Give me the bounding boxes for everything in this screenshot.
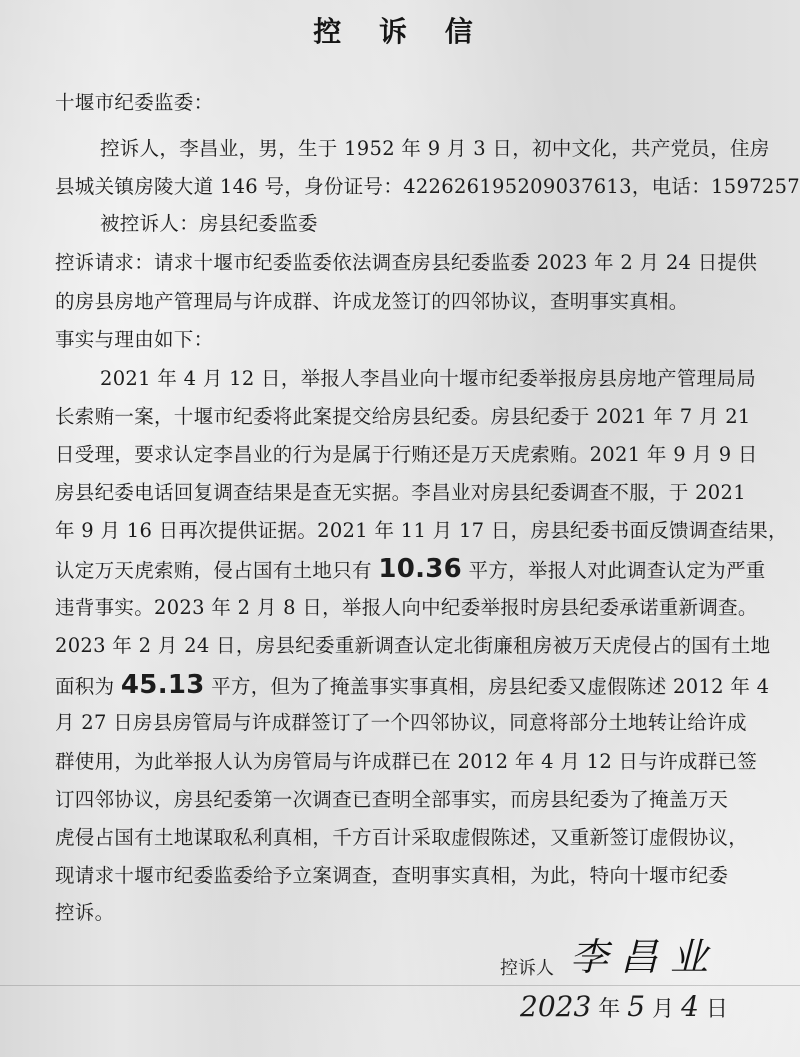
body-text: 面积为	[55, 675, 121, 698]
request-line-1: 控诉请求：请求十堰市纪委监委依法调查房县纪委监委 2023 年 2 月 24 日…	[55, 248, 755, 278]
handwritten-signature: 李昌业	[570, 926, 720, 981]
date-month-char: 月	[652, 997, 674, 1022]
document-page: 控 诉 信 十堰市纪委监委： 控诉人，李昌业，男，生于 1952 年 9 月 3…	[0, 0, 800, 1057]
body-line: 群使用，为此举报人认为房管局与许成群已在 2012 年 4 月 12 日与许成群…	[55, 747, 755, 777]
body-line: 违背事实。2023 年 2 月 8 日，举报人向中纪委举报时房县纪委承诺重新调查…	[55, 593, 755, 623]
body-line: 房县纪委电话回复调查结果是查无实据。李昌业对房县纪委调查不服，于 2021	[55, 478, 755, 508]
body-line: 订四邻协议，房县纪委第一次调查已查明全部事实，而房县纪委为了掩盖万天	[55, 785, 755, 815]
body-text: 认定万天虎索贿，侵占国有土地只有	[55, 559, 378, 582]
signature-label: 控诉人	[500, 954, 554, 980]
date-day-char: 日	[706, 997, 728, 1022]
body-line: 月 27 日房县房管局与许成群签订了一个四邻协议，同意将部分土地转让给许成	[55, 708, 755, 738]
body-line: 2023 年 2 月 24 日，房县纪委重新调查认定北街廉租房被万天虎侵占的国有…	[55, 631, 755, 661]
body-line: 年 9 月 16 日再次提供证据。2021 年 11 月 17 日，房县纪委书面…	[55, 516, 755, 546]
body-text: 平方，但为了掩盖事实事真相，房县纪委又虚假陈述 2012 年 4	[205, 675, 770, 698]
body-line: 日受理，要求认定李昌业的行为是属于行贿还是万天虎索贿。2021 年 9 月 9 …	[55, 440, 755, 470]
body-line-area-2: 面积为 45.13 平方，但为了掩盖事实事真相，房县纪委又虚假陈述 2012 年…	[55, 670, 755, 702]
body-line: 长索贿一案，十堰市纪委将此案提交给房县纪委。房县纪委于 2021 年 7 月 2…	[55, 402, 755, 432]
date-year: 2023	[520, 990, 591, 1023]
signature-date: 2023 年 5 月 4 日	[520, 990, 728, 1023]
body-line: 控诉。	[55, 898, 755, 928]
respondent-line: 被控诉人：房县纪委监委	[100, 209, 755, 239]
body-text: 平方，举报人对此调查认定为严重	[462, 559, 766, 582]
date-year-char: 年	[598, 997, 620, 1022]
date-month: 5	[627, 990, 645, 1023]
complainant-line-2: 县城关镇房陵大道 146 号，身份证号：422626195209037613，电…	[55, 172, 755, 202]
paper-fold-line	[0, 985, 800, 986]
area-value-2: 45.13	[121, 670, 205, 700]
date-day: 4	[681, 990, 699, 1023]
salutation: 十堰市纪委监委：	[55, 88, 755, 118]
area-value-1: 10.36	[378, 554, 462, 584]
facts-heading: 事实与理由如下：	[55, 325, 755, 355]
body-line-area-1: 认定万天虎索贿，侵占国有土地只有 10.36 平方，举报人对此调查认定为严重	[55, 554, 755, 586]
request-line-2: 的房县房地产管理局与许成群、许成龙签订的四邻协议，查明事实真相。	[55, 287, 755, 317]
body-line: 2021 年 4 月 12 日，举报人李昌业向十堰市纪委举报房县房地产管理局局	[100, 364, 755, 394]
document-title: 控 诉 信	[0, 10, 800, 50]
body-line: 虎侵占国有土地谋取私利真相，千方百计采取虚假陈述，又重新签订虚假协议，	[55, 823, 755, 853]
body-line: 现请求十堰市纪委监委给予立案调查，查明事实真相，为此，特向十堰市纪委	[55, 861, 755, 891]
complainant-line-1: 控诉人，李昌业，男，生于 1952 年 9 月 3 日，初中文化，共产党员，住房	[100, 134, 755, 164]
